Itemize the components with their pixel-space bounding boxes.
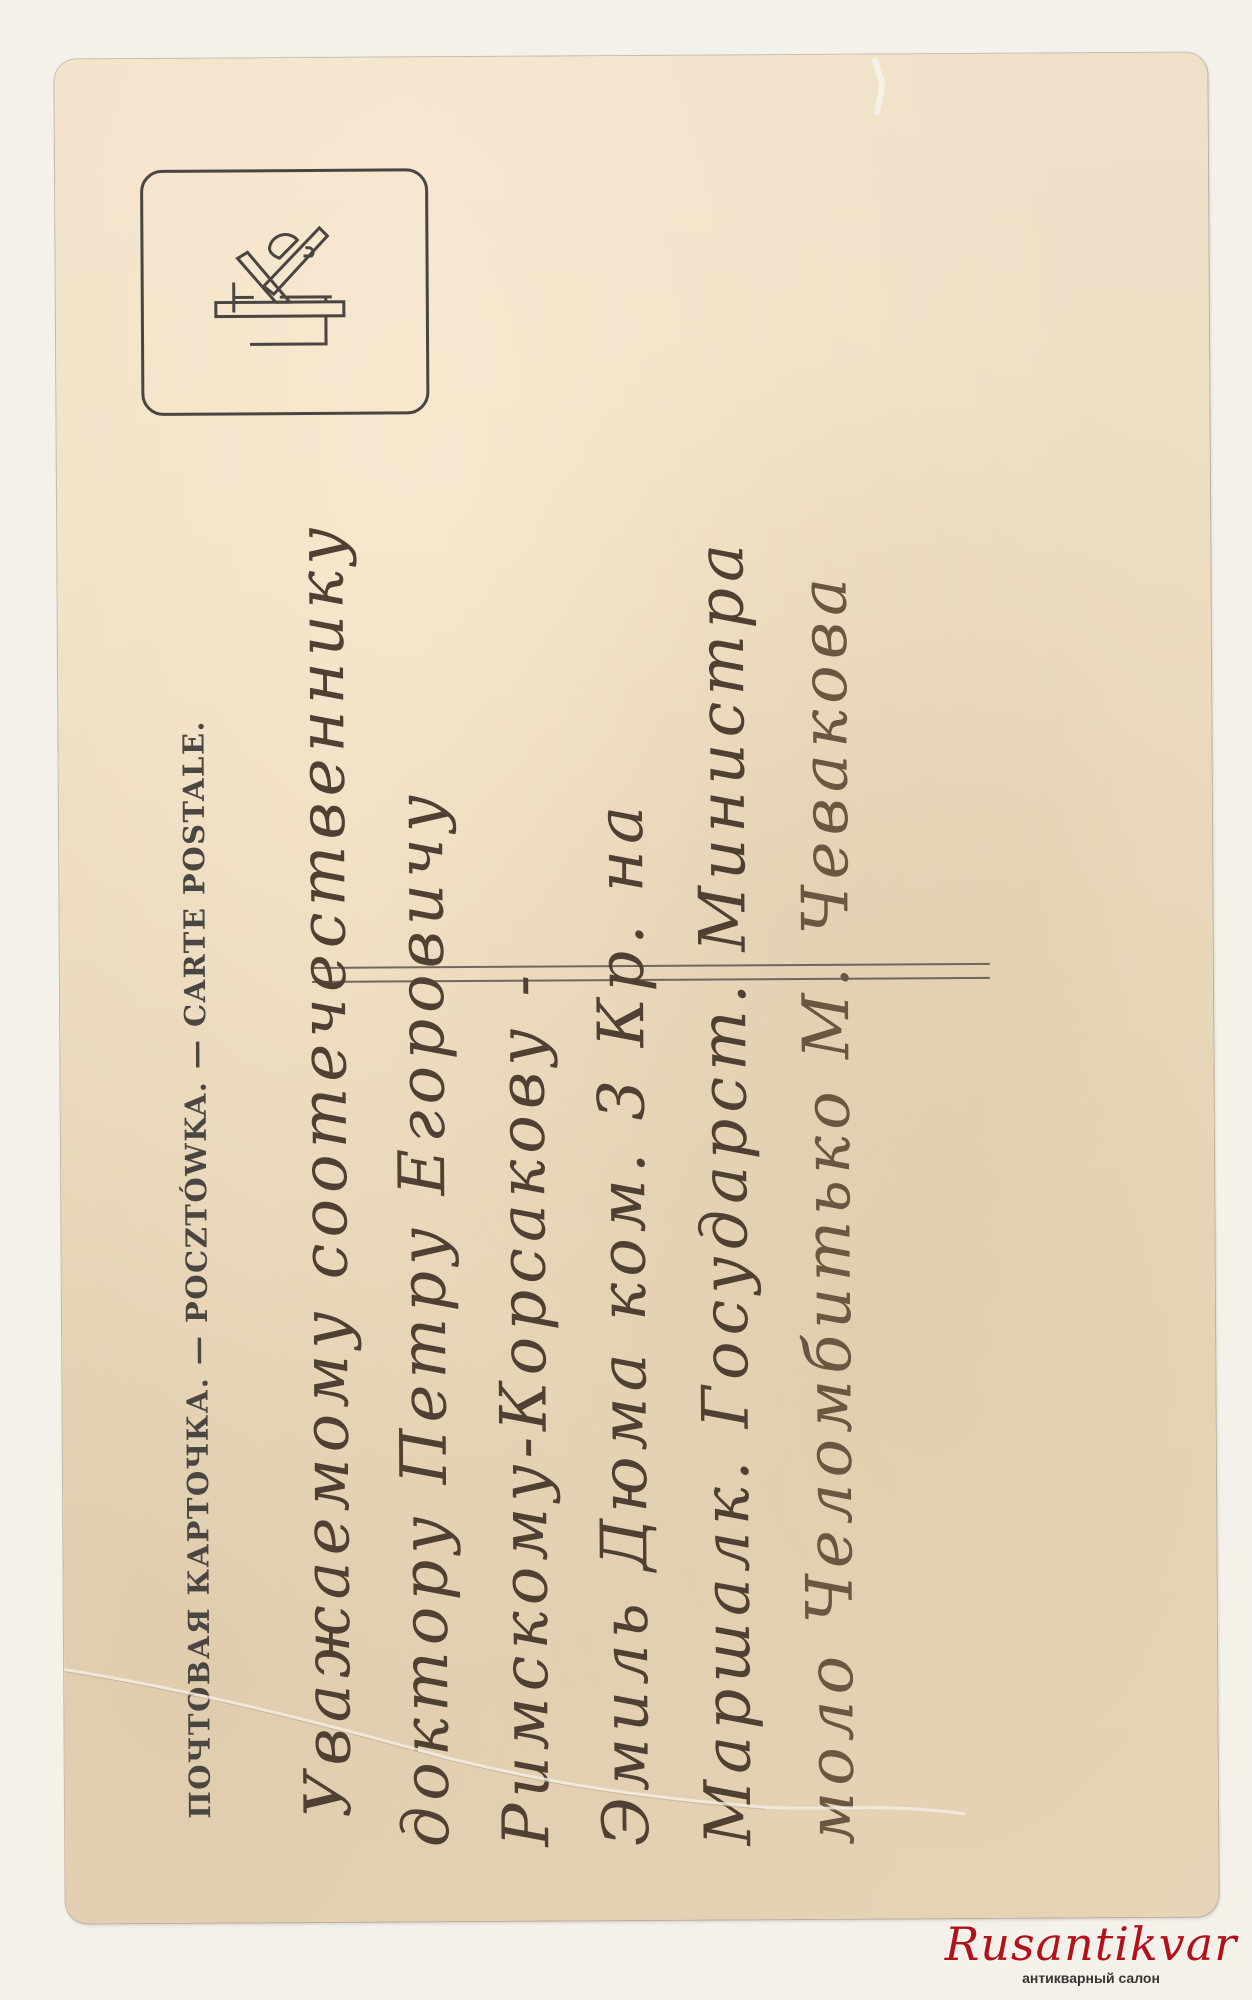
printed-header: ПОЧТОВАЯ КАРТОЧКА. — POCZTÓWKA. — CARTE … [176, 720, 217, 1819]
scan-scene: ПОЧТОВАЯ КАРТОЧКА. — POCZTÓWKA. — CARTE … [0, 0, 1252, 2000]
handwriting-line-4: Эмиль Дюма ком. 3 Кр. на [589, 800, 659, 1847]
handwriting-line-5: Маршалк. Государст. Министра [689, 538, 761, 1846]
watermark-brand: Rusantikvar [930, 1918, 1252, 1970]
handwriting-line-6: моло Челомбитько М. Чевакова [792, 572, 864, 1845]
handwriting-line-3: Римскому-Корсакову - [490, 969, 559, 1847]
handwriting-line-1: Уважаемому соотечественнику [289, 521, 361, 1818]
watermark: Rusantikvar антикварный салон [930, 1918, 1252, 1986]
postcard: ПОЧТОВАЯ КАРТОЧКА. — POCZTÓWKA. — CARTE … [54, 52, 1218, 1923]
handwriting-line-2: доктору Петру Егоровичу [389, 789, 459, 1848]
watermark-subtitle: антикварный салон [930, 1970, 1252, 1986]
stamp-box [140, 168, 429, 416]
publisher-monogram-icon [213, 224, 354, 350]
